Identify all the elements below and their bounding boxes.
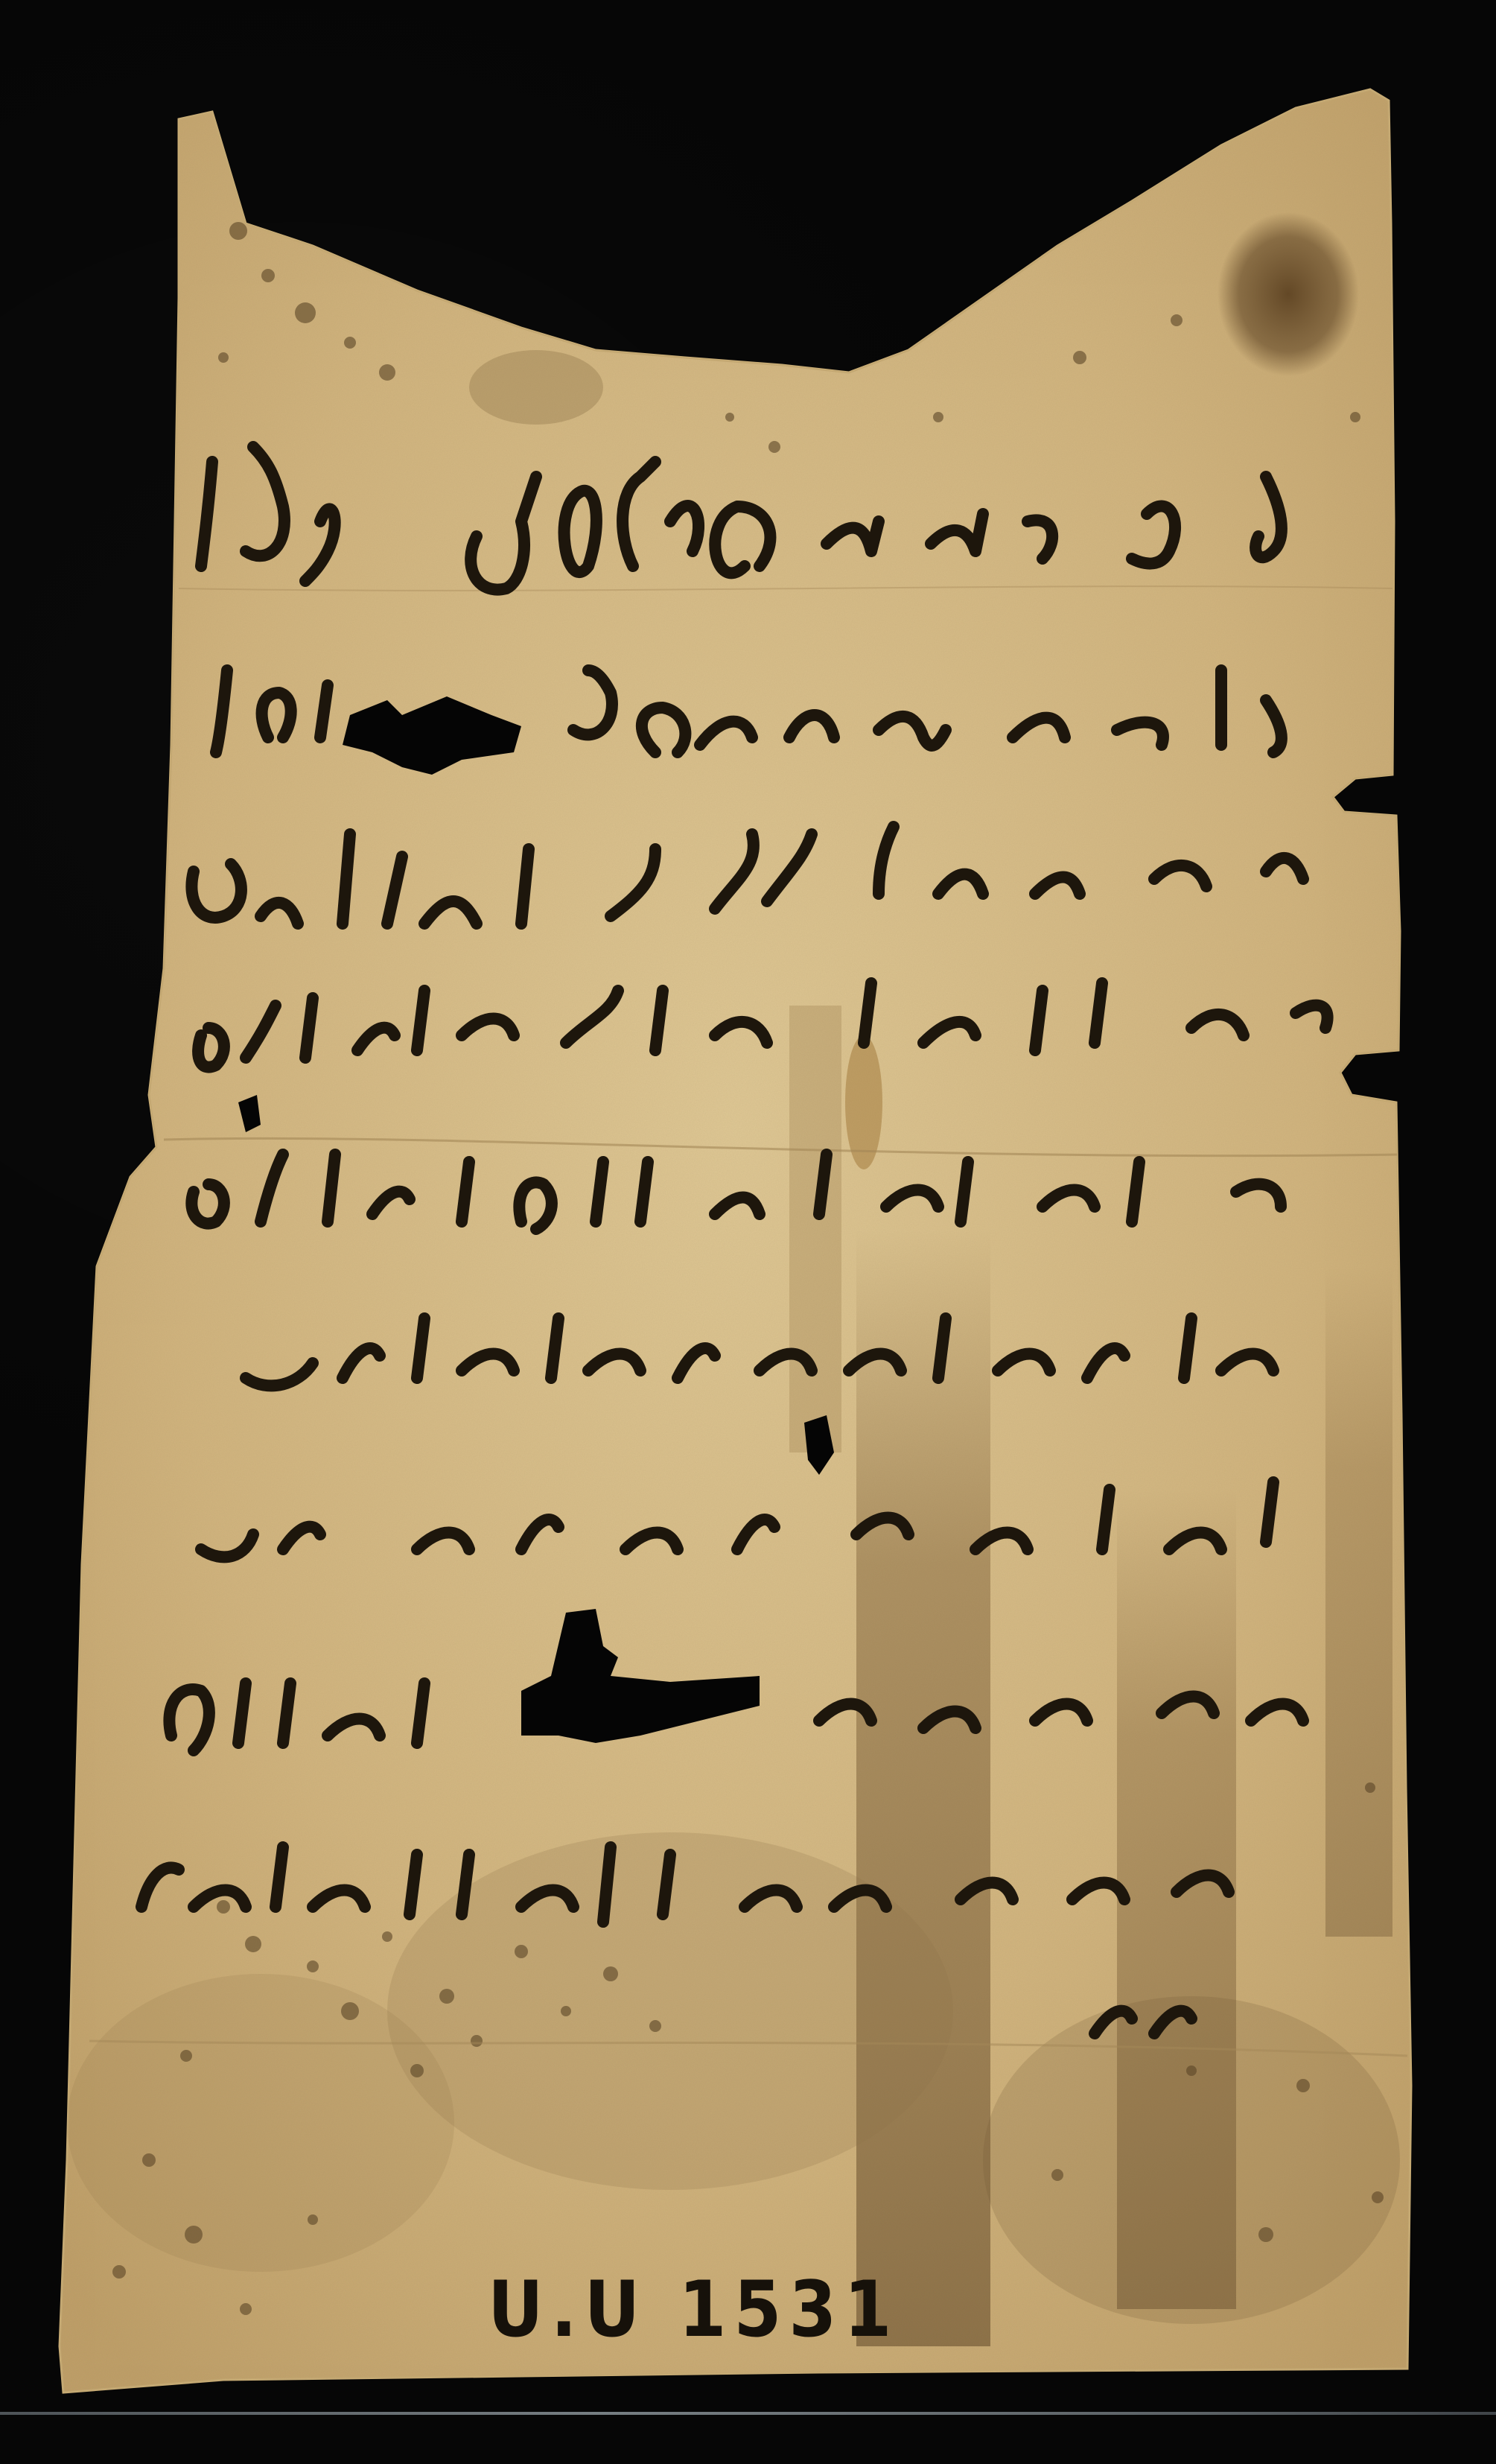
scanner-edge-rule [0, 2412, 1496, 2415]
catalog-number-label: U.U 1531 [488, 2272, 899, 2349]
manuscript-sheet [0, 0, 1496, 2464]
paper-stains [0, 0, 1496, 2464]
